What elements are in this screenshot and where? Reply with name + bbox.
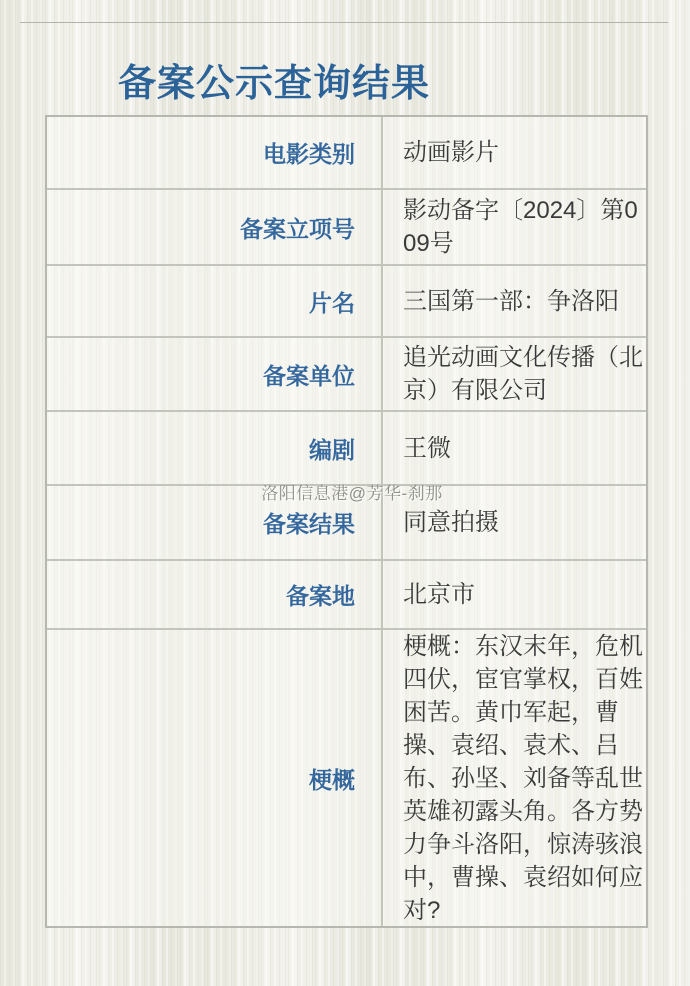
row-value: 王微 [383,412,646,484]
row-value: 梗概：东汉末年，危机四伏，宦官掌权，百姓困苦。黄巾军起，曹操、袁绍、袁术、吕布、… [383,630,646,926]
row-label: 梗概 [47,630,383,926]
row-label: 备案立项号 [47,190,383,264]
row-synopsis: 梗概 梗概：东汉末年，危机四伏，宦官掌权，百姓困苦。黄巾军起，曹操、袁绍、袁术、… [47,628,646,926]
row-value: 动画影片 [383,117,646,188]
row-value: 追光动画文化传播（北京）有限公司 [383,338,646,410]
row-label: 电影类别 [47,117,383,188]
row-film-title: 片名 三国第一部：争洛阳 [47,264,646,336]
row-value: 影动备字〔2024〕第009号 [383,190,646,264]
row-registration-place: 备案地 北京市 [47,559,646,628]
query-result-page: 备案公示查询结果 电影类别 动画影片 备案立项号 影动备字〔2024〕第009号… [0,0,690,986]
registration-info-table: 电影类别 动画影片 备案立项号 影动备字〔2024〕第009号 片名 三国第一部… [45,115,648,928]
row-screenwriter: 编剧 王微 [47,410,646,484]
row-registration-number: 备案立项号 影动备字〔2024〕第009号 [47,188,646,264]
row-value: 三国第一部：争洛阳 [383,266,646,336]
page-title: 备案公示查询结果 [118,52,430,107]
row-label: 编剧 [47,412,383,484]
watermark-text: 洛阳信息港@芳华-刹那 [261,479,442,504]
row-film-category: 电影类别 动画影片 [47,117,646,188]
row-label: 备案单位 [47,338,383,410]
top-divider-line [20,22,668,23]
row-registration-unit: 备案单位 追光动画文化传播（北京）有限公司 [47,336,646,410]
row-value: 北京市 [383,561,646,628]
row-label: 片名 [47,266,383,336]
row-label: 备案地 [47,561,383,628]
